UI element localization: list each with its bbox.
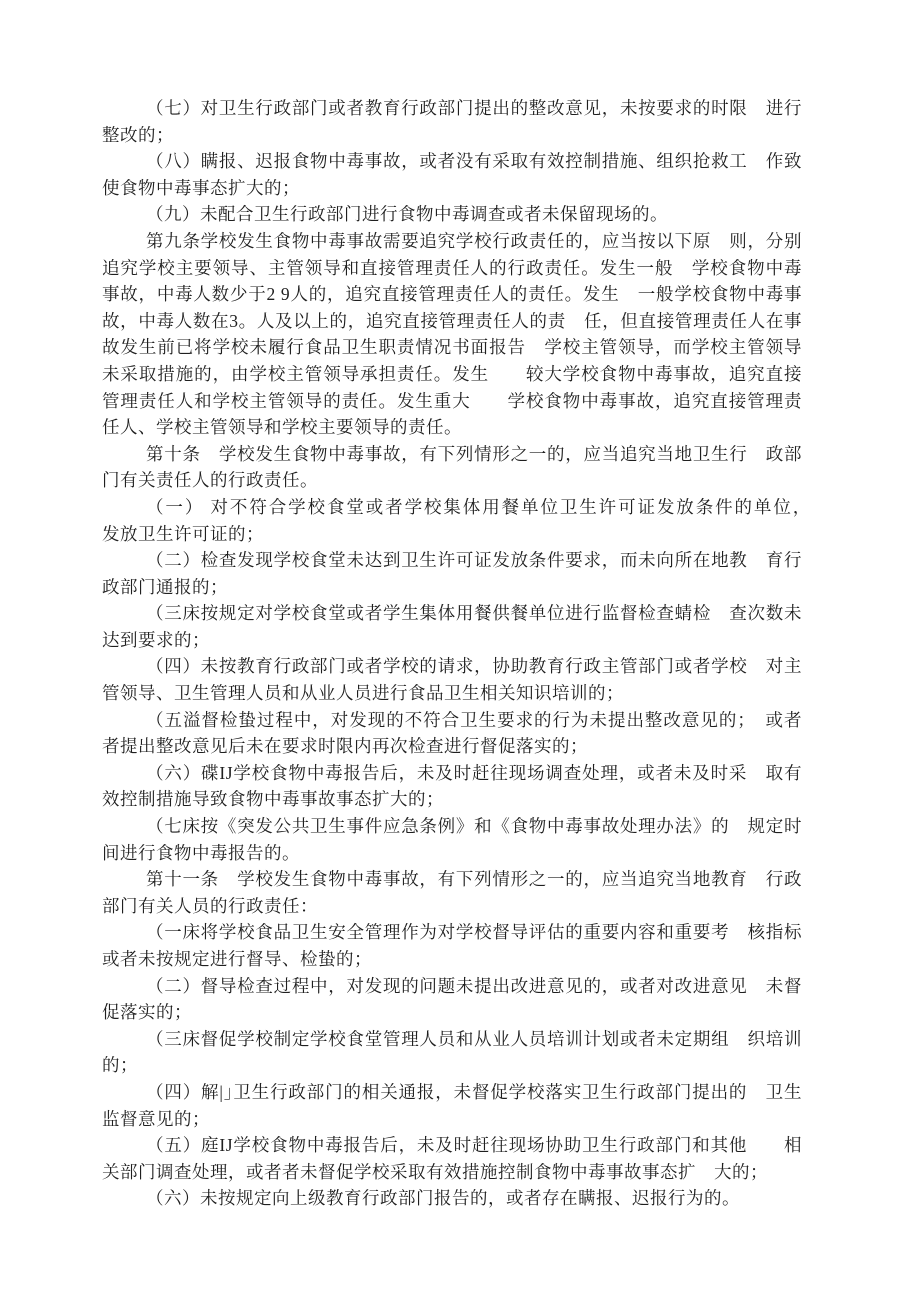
document-page: （七）对卫生行政部门或者教育行政部门提出的整改意见，未按要求的时限 进行整改的；… — [0, 0, 920, 1301]
document-paragraph-article-10-item-2: （二）检查发现学校食堂未达到卫生许可证发放条件要求，而未向所在地教 育行政部门通… — [102, 547, 802, 600]
document-paragraph-item-7: （七）对卫生行政部门或者教育行政部门提出的整改意见，未按要求的时限 进行整改的； — [102, 95, 802, 148]
document-paragraph-article-11: 第十一条 学校发生食物中毒事故，有下列情形之一的，应当追究当地教育 行政部门有关… — [102, 866, 802, 919]
document-body: （七）对卫生行政部门或者教育行政部门提出的整改意见，未按要求的时限 进行整改的；… — [102, 95, 802, 1212]
document-paragraph-article-11-item-6: （六）未按规定向上级教育行政部门报告的，或者存在瞒报、迟报行为的。 — [102, 1185, 802, 1212]
document-paragraph-article-10-item-6: （六）碟IJ学校食物中毒报告后，未及时赶往现场调查处理，或者未及时采 取有效控制… — [102, 760, 802, 813]
document-paragraph-article-9: 第九条学校发生食物中毒事故需要追究学校行政责任的，应当按以下原 则，分别追究学校… — [102, 228, 802, 441]
document-paragraph-article-10-item-1: （一） 对不符合学校食堂或者学校集体用餐单位卫生许可证发放条件的单位， 发放卫生… — [102, 494, 802, 547]
document-paragraph-article-10-item-5: （五溢督检蛰过程中，对发现的不符合卫生要求的行为未提出整改意见的； 或者者提出整… — [102, 707, 802, 760]
document-paragraph-item-9: （九）未配合卫生行政部门进行食物中毒调查或者未保留现场的。 — [102, 201, 802, 228]
document-paragraph-article-11-item-2: （二）督导检查过程中，对发现的问题未提出改进意见的，或者对改进意见 未督促落实的… — [102, 973, 802, 1026]
document-paragraph-article-11-item-5: （五）庭IJ学校食物中毒报告后，未及时赶往现场协助卫生行政部门和其他 相关部门调… — [102, 1132, 802, 1185]
document-paragraph-article-10-item-4: （四）未按教育行政部门或者学校的请求，协助教育行政主管部门或者学校 对主管领导、… — [102, 653, 802, 706]
document-paragraph-article-10-item-3: （三床按规定对学校食堂或者学生集体用餐供餐单位进行监督检查蜻检 查次数未达到要求… — [102, 600, 802, 653]
document-paragraph-article-11-item-4: （四）解|｣卫生行政部门的相关通报，未督促学校落实卫生行政部门提出的 卫生监督意… — [102, 1079, 802, 1132]
document-paragraph-item-8: （八）瞒报、迟报食物中毒事故，或者没有采取有效控制措施、组织抢救工 作致使食物中… — [102, 148, 802, 201]
document-paragraph-article-11-item-1: （一床将学校食品卫生安全管理作为对学校督导评估的重要内容和重要考 核指标或者未按… — [102, 919, 802, 972]
document-paragraph-article-11-item-3: （三床督促学校制定学校食堂管理人员和从业人员培训计划或者未定期组 织培训的； — [102, 1026, 802, 1079]
document-paragraph-article-10-item-7: （七床按《突发公共卫生事件应急条例》和《食物中毒事故处理办法》的 规定时间进行食… — [102, 813, 802, 866]
document-paragraph-article-10: 第十条 学校发生食物中毒事故，有下列情形之一的，应当追究当地卫生行 政部门有关责… — [102, 441, 802, 494]
document-viewport: { "page": { "background_color": "#ffffff… — [0, 0, 920, 1301]
